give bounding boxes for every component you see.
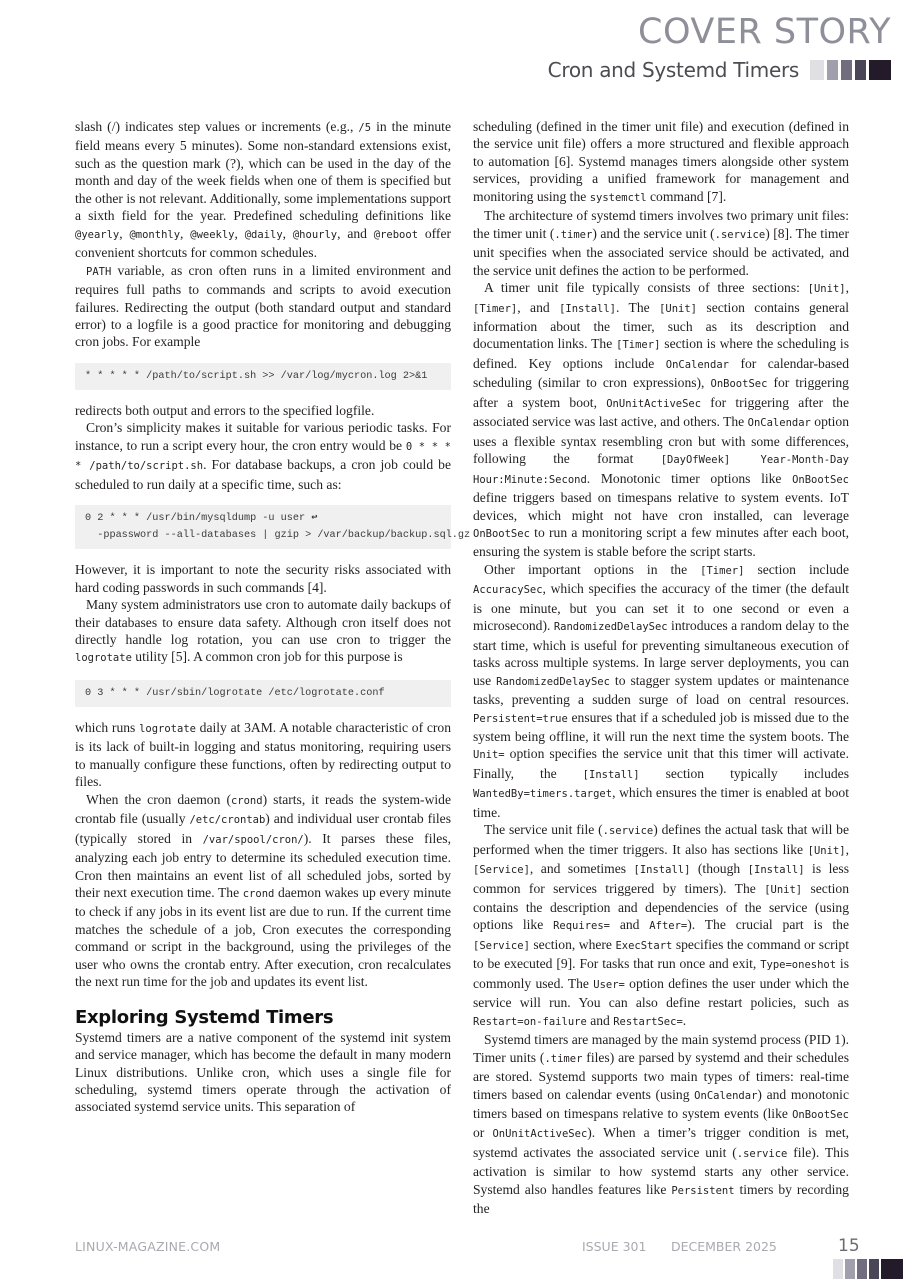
paragraph: When the cron daemon (crond) starts, it … xyxy=(75,791,451,991)
right-column: scheduling (defined in the timer unit fi… xyxy=(473,118,849,1218)
article-header: Cron and Systemd Timers xyxy=(548,57,891,83)
section-kicker: COVER STORY xyxy=(638,10,891,54)
color-bar-1 xyxy=(810,60,824,80)
footer-site-link[interactable]: LINUX-MAGAZINE.COM xyxy=(75,1239,220,1254)
footer-date: DECEMBER 2025 xyxy=(671,1239,777,1254)
paragraph: redirects both output and errors to the … xyxy=(75,402,451,419)
page-number: 15 xyxy=(838,1236,860,1256)
footer-color-bars xyxy=(831,1259,903,1279)
color-bar-5 xyxy=(881,1259,903,1279)
color-bar-3 xyxy=(857,1259,867,1279)
color-bar-3 xyxy=(841,60,852,80)
paragraph: slash (/) indicates step values or incre… xyxy=(75,118,451,262)
paragraph: Many system administrators use cron to a… xyxy=(75,596,451,668)
paragraph: A timer unit file typically consists of … xyxy=(473,279,849,561)
paragraph: which runs logrotate daily at 3AM. A not… xyxy=(75,719,451,791)
color-bar-2 xyxy=(845,1259,855,1279)
paragraph: PATH variable, as cron often runs in a l… xyxy=(75,262,451,351)
paragraph: However, it is important to note the sec… xyxy=(75,561,451,596)
color-bar-5 xyxy=(869,60,891,80)
footer-issue: ISSUE 301 xyxy=(582,1239,646,1254)
paragraph: Systemd timers are a native component of… xyxy=(75,1029,451,1116)
paragraph: The architecture of systemd timers invol… xyxy=(473,207,849,279)
paragraph: Cron’s simplicity makes it suitable for … xyxy=(75,419,451,493)
article-title: Cron and Systemd Timers xyxy=(548,58,799,82)
color-bar-1 xyxy=(833,1259,843,1279)
color-bar-2 xyxy=(827,60,838,80)
paragraph: scheduling (defined in the timer unit fi… xyxy=(473,118,849,207)
line-continuation-icon: ↩ xyxy=(311,513,317,524)
code-listing-mysqldump: 0 2 * * * /usr/bin/mysqldump -u user ↩ -… xyxy=(75,505,451,549)
code-listing-redirect: * * * * * /path/to/script.sh >> /var/log… xyxy=(75,363,451,390)
left-column: slash (/) indicates step values or incre… xyxy=(75,118,451,1116)
color-bar-4 xyxy=(855,60,866,80)
paragraph: Systemd timers are managed by the main s… xyxy=(473,1031,849,1218)
color-bar-4 xyxy=(869,1259,879,1279)
header-color-bars xyxy=(807,60,891,80)
section-heading: Exploring Systemd Timers xyxy=(75,1007,451,1029)
paragraph: The service unit file (.service) defines… xyxy=(473,821,849,1031)
code-listing-logrotate: 0 3 * * * /usr/sbin/logrotate /etc/logro… xyxy=(75,680,451,707)
paragraph: Other important options in the [Timer] s… xyxy=(473,561,849,821)
